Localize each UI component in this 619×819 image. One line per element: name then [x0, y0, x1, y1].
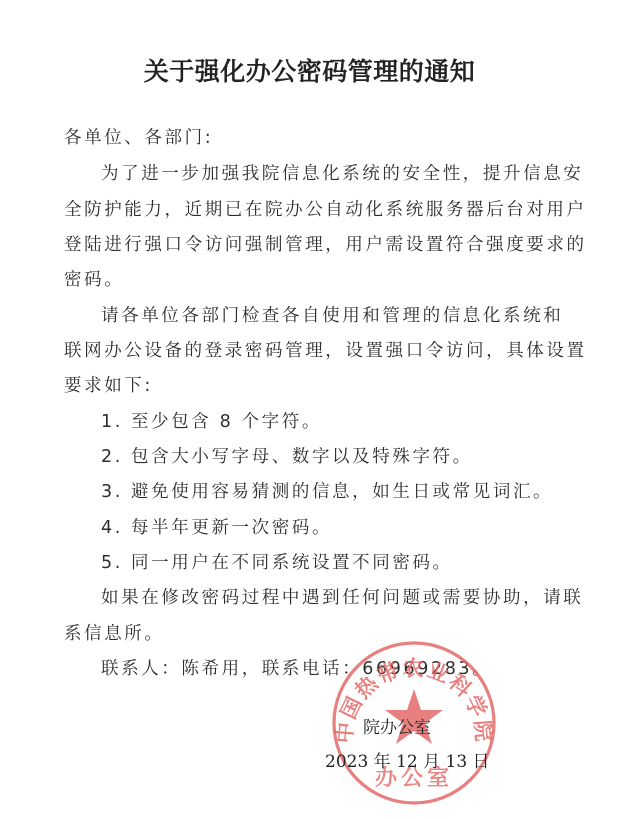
document-title: 关于强化办公密码管理的通知	[0, 52, 619, 88]
paragraph3-line1: 如果在修改密码过程中遇到任何问题或需要协助，请联	[101, 584, 583, 609]
paragraph1-line1: 为了进一步加强我院信息化系统的安全性，提升信息安	[101, 160, 583, 185]
paragraph1-line2: 全防护能力，近期已在院办公自动化系统服务器后台对用户	[64, 196, 587, 221]
paragraph1-line3: 登陆进行强口令访问强制管理，用户需设置符合强度要求的	[64, 231, 587, 256]
paragraph1-line4: 密码。	[64, 266, 124, 291]
requirement-item-1: 1. 至少包含 8 个字符。	[101, 408, 322, 433]
signature-department: 院办公室	[363, 713, 431, 738]
paragraph2-line2: 联网办公设备的登录密码管理，设置强口令访问，具体设置	[64, 337, 587, 362]
requirement-item-5: 5. 同一用户在不同系统设置不同密码。	[101, 549, 453, 574]
requirement-item-3: 3. 避免使用容易猜测的信息，如生日或常见词汇。	[101, 478, 553, 503]
salutation: 各单位、各部门:	[64, 124, 213, 149]
paragraph2-line3: 要求如下:	[64, 372, 153, 397]
signature-date: 2023 年 12 月 13 日	[325, 747, 490, 772]
paragraph2-line1: 请各单位各部门检查各自使用和管理的信息化系统和	[101, 302, 563, 327]
requirement-item-4: 4. 每半年更新一次密码。	[101, 514, 332, 539]
notice-document: 关于强化办公密码管理的通知 各单位、各部门: 为了进一步加强我院信息化系统的安全…	[0, 0, 619, 819]
requirement-item-2: 2. 包含大小写字母、数字以及特殊字符。	[101, 443, 473, 468]
paragraph3-line2: 系信息所。	[64, 620, 165, 645]
